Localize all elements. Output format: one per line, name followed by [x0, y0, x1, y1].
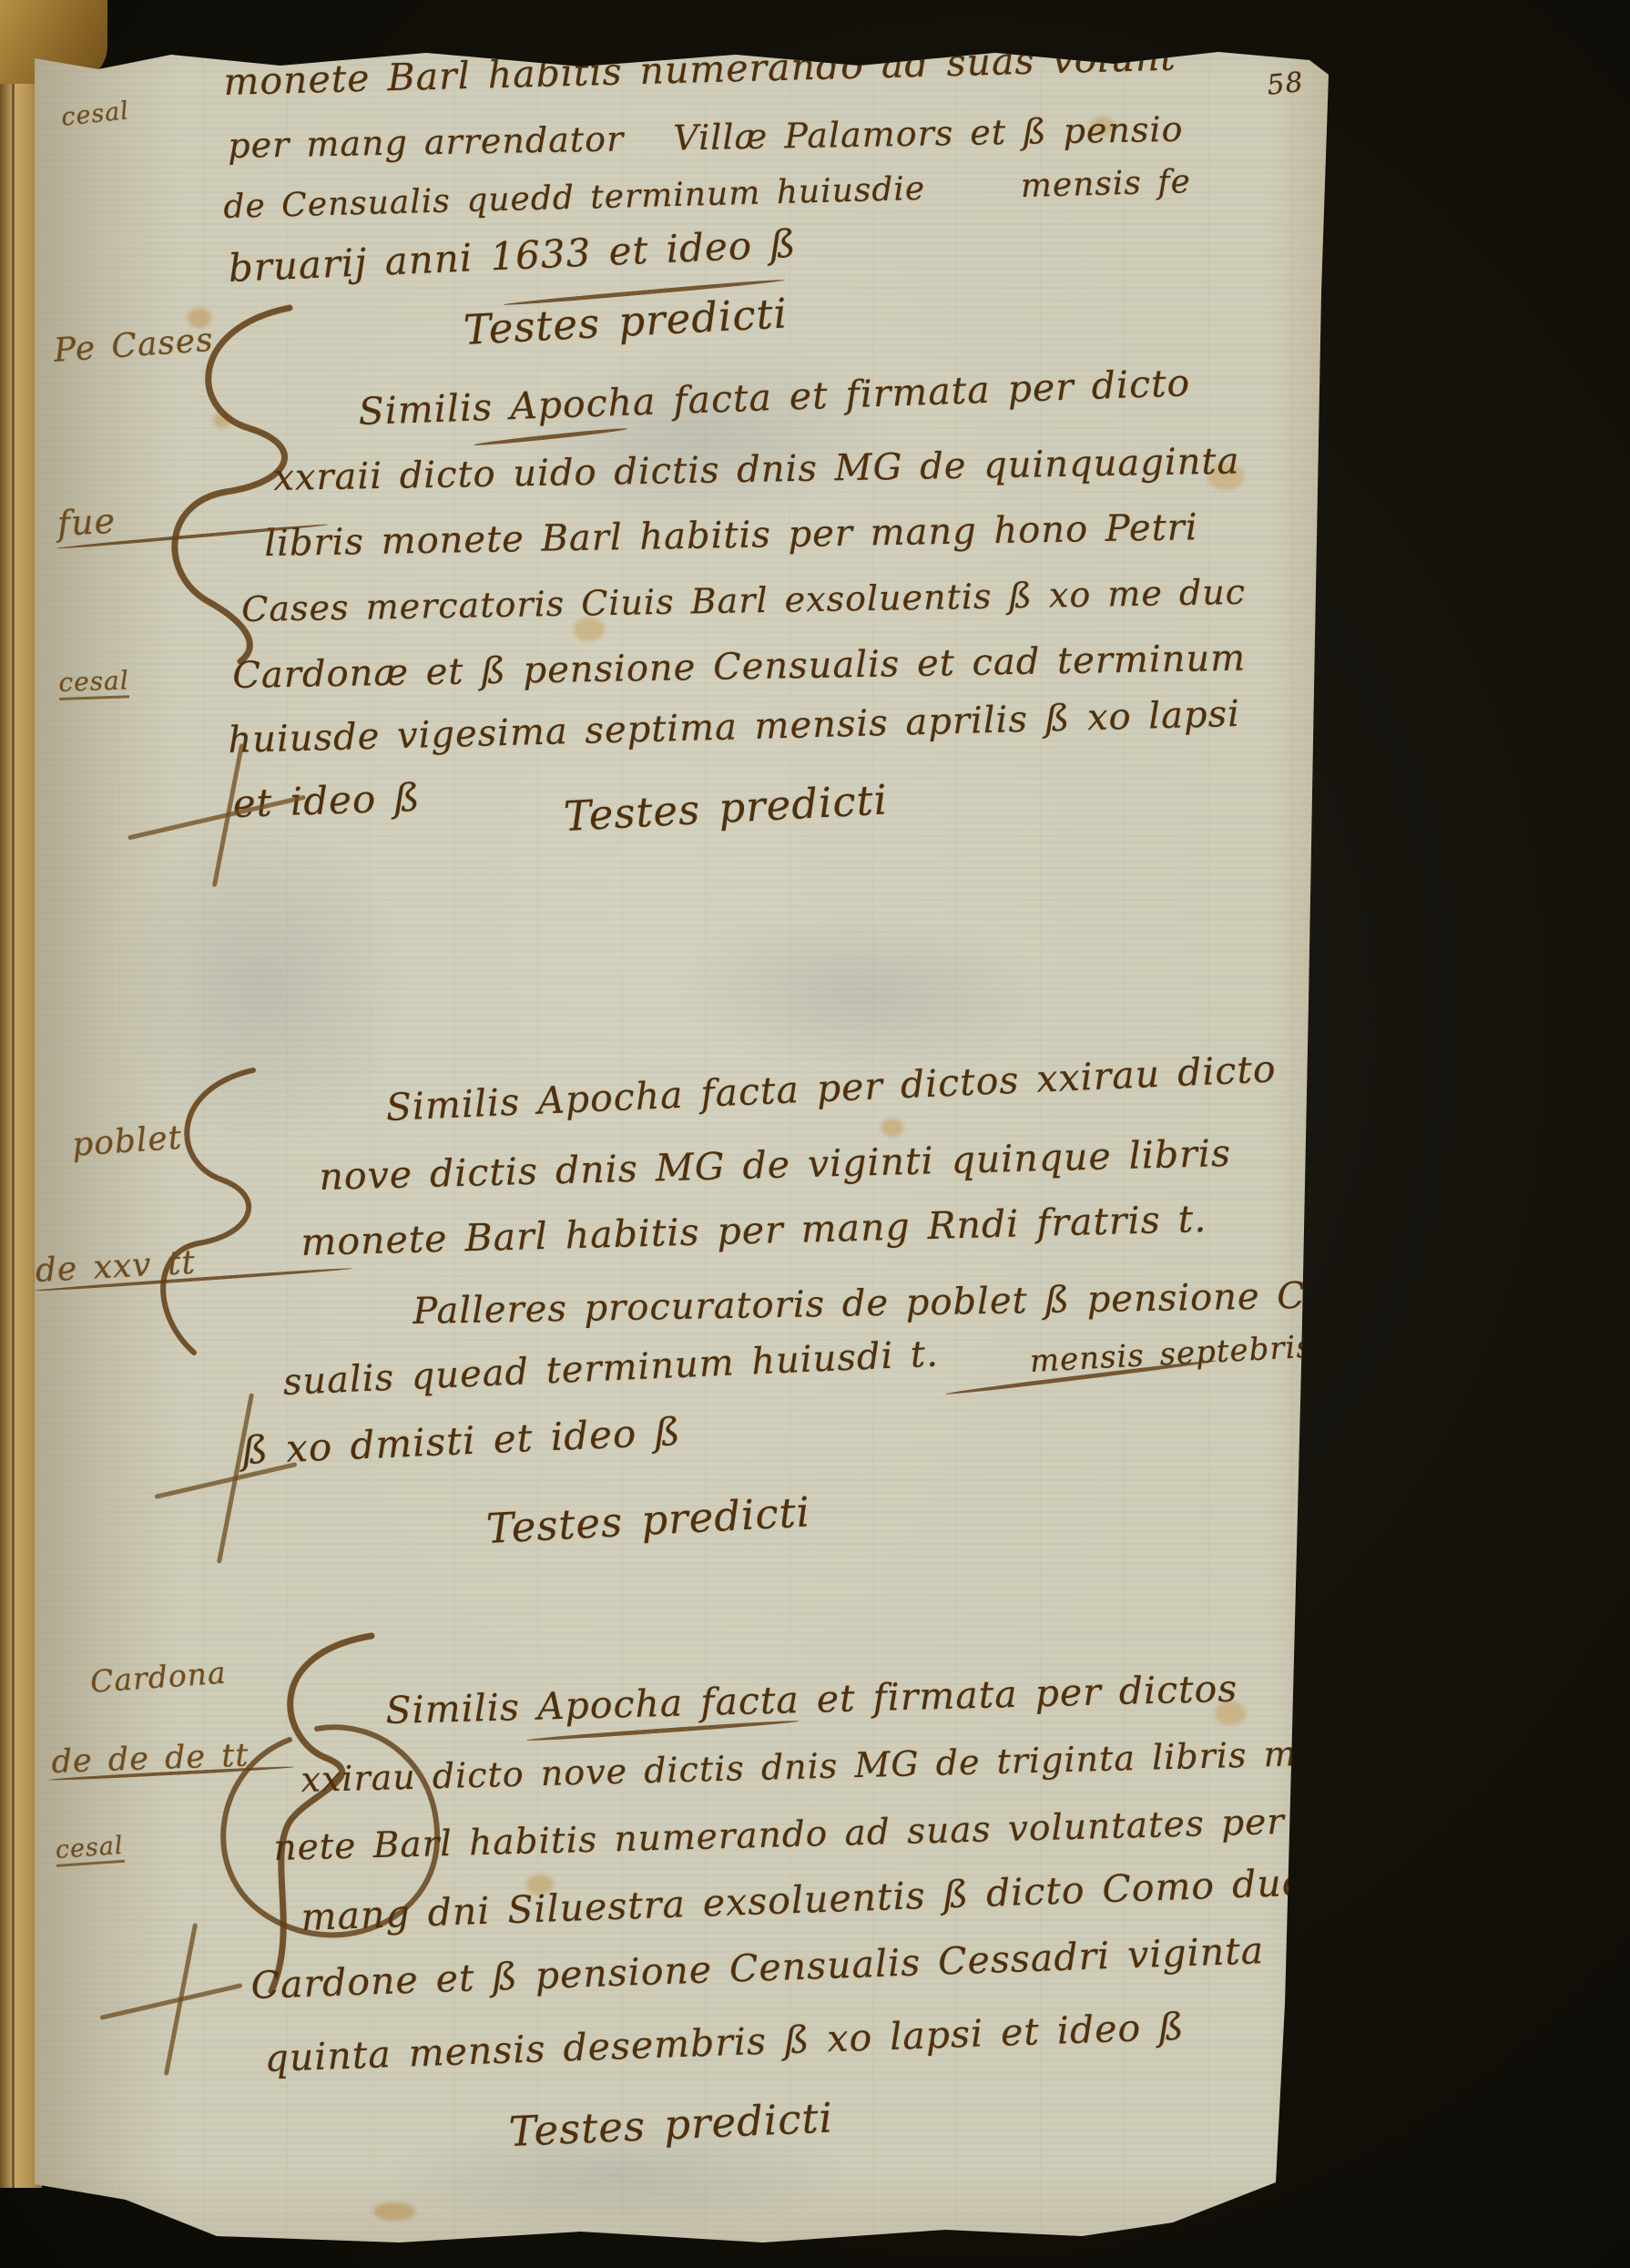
margin-cross-mark	[98, 1922, 244, 2077]
manuscript-page: 58 monete Barl habitis numerando ad suas…	[35, 0, 1331, 2268]
margin-cross-mark	[126, 742, 308, 888]
cross-horizontal-stroke	[99, 1983, 242, 2020]
cross-horizontal-stroke	[127, 795, 306, 841]
margin-note: poblet	[71, 1122, 183, 1162]
cross-horizontal-stroke	[154, 1462, 297, 1499]
foxing-spot	[373, 2202, 415, 2221]
margin-note-underlined: cesal	[58, 668, 129, 700]
foxing-spot	[881, 1119, 903, 1137]
gutter-fold-line	[12, 0, 15, 2188]
margin-note: Cardona	[89, 1658, 228, 1697]
manuscript-photo: 58 monete Barl habitis numerando ad suas…	[0, 0, 1630, 2268]
margin-note-underlined: cesal	[55, 1834, 125, 1867]
margin-note-struck: fue	[56, 504, 117, 541]
margin-cross-mark	[153, 1392, 299, 1565]
folio-number: 58	[1266, 69, 1305, 100]
paragraph-flourish-icon	[144, 1061, 280, 1362]
margin-note: cesal	[60, 98, 130, 130]
